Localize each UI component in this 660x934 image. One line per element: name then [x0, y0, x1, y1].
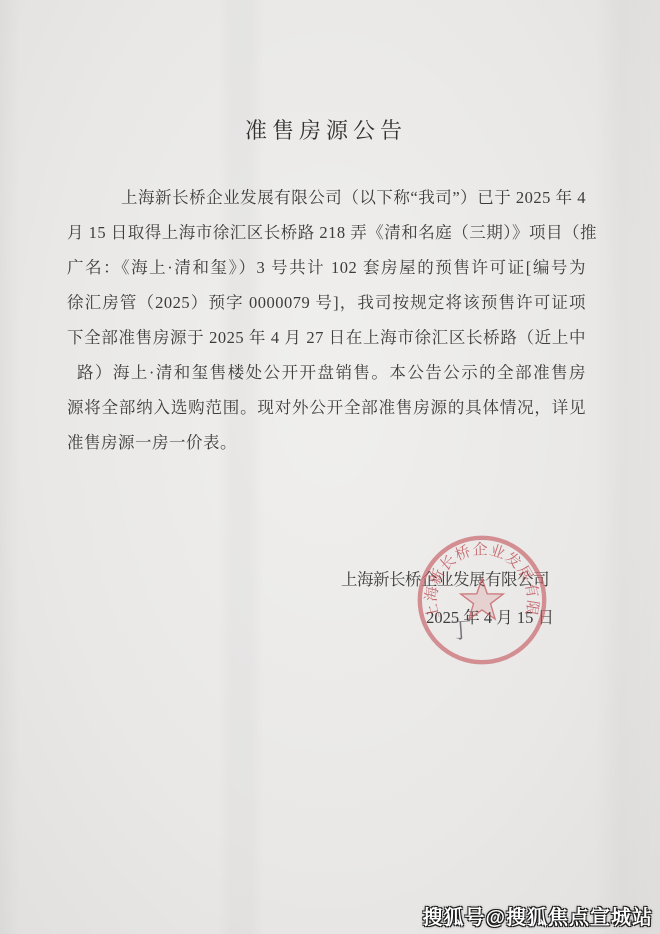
- body-line: 准售房源一房一价表。: [67, 425, 586, 460]
- body-line: 广名：《海上·清和玺》）3 号共计 102 套房屋的预售许可证[编号为: [67, 250, 586, 285]
- sohu-watermark: 搜狐号@搜狐焦点宣城站: [422, 901, 653, 930]
- signature-company: 上海新长桥企业发展有限公司: [341, 566, 549, 590]
- body-line: 源将全部纳入选购范围。现对外公开全部准售房源的具体情况，详见: [67, 390, 586, 425]
- body-line: 月 15 日取得上海市徐汇区长桥路 218 弄《清和名庭（三期）》项目（推: [67, 215, 586, 250]
- body-line: 下全部准售房源于 2025 年 4 月 27 日在上海市徐汇区长桥路（近上中: [67, 320, 586, 355]
- announcement-title: 准售房源公告: [0, 114, 652, 145]
- body-line: 上海新长桥企业发展有限公司（以下称“我司”）已于 2025 年 4: [67, 180, 586, 215]
- scanned-document-page: 准售房源公告 上海新长桥企业发展有限公司（以下称“我司”）已于 2025 年 4…: [0, 0, 660, 934]
- seal-artifact-mark: 丁: [448, 611, 473, 646]
- seal-ring: [420, 538, 544, 662]
- company-seal-icon: 上海新长桥企业发展有限公司: [413, 531, 551, 669]
- signature-date: 2025 年 4 月 15 日: [426, 604, 554, 628]
- announcement-body: 上海新长桥企业发展有限公司（以下称“我司”）已于 2025 年 4 月 15 日…: [67, 180, 586, 460]
- body-line: 路）海上·清和玺售楼处公开开盘销售。本公告公示的全部准售房: [67, 355, 586, 390]
- body-line: 徐汇房管（2025）预字 0000079 号]，我司按规定将该预售许可证项: [67, 285, 586, 320]
